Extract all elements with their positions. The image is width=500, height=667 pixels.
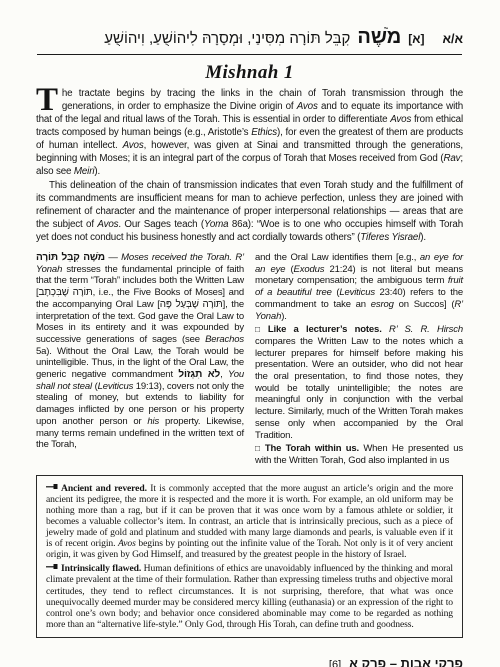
insights-box: Ancient and revered. It is commonly acce… xyxy=(36,475,463,638)
insight-note: Intrinsically flawed. Human definitions … xyxy=(46,562,453,630)
header-rule xyxy=(37,54,462,55)
note-marker-icon xyxy=(46,482,58,493)
footer-book-title: פרקי אבות – פרק א xyxy=(349,656,463,667)
commentary-column-left: מֹשֶׁה קִבֵּל תּוֹרָה — Moses received t… xyxy=(36,252,244,467)
mishnah-number-ref: [א] xyxy=(408,32,424,46)
mishnah-text: קִבֵּל תּוֹרָה מִסִּינַי, וּמְסָרָהּ לִי… xyxy=(104,30,350,47)
insight-note: Ancient and revered. It is commonly acce… xyxy=(46,482,453,561)
square-bullet-icon: □ xyxy=(255,443,262,453)
commentary-bullet-paragraph: □Like a lecturer’s notes. R’ S. R. Hirsc… xyxy=(255,324,463,441)
mishnah-hebrew-line: [א]מֹשֶׁהקִבֵּל תּוֹרָה מִסִּינַי, וּמְס… xyxy=(36,26,424,50)
commentary-bullet-paragraph: □The Torah within us. When He presented … xyxy=(255,443,463,466)
mishnah-first-word: מֹשֶׁה xyxy=(357,26,401,48)
page-footer: [6] פרקי אבות – פרק א xyxy=(36,656,463,667)
commentary-columns: מֹשֶׁה קִבֵּל תּוֹרָה — Moses received t… xyxy=(36,252,463,467)
page-number: [6] xyxy=(329,659,341,667)
bullet-paragraph-text: The Torah within us. When He presented u… xyxy=(255,443,463,466)
intro-paragraph-2: This delineation of the chain of transmi… xyxy=(36,179,463,244)
intro-paragraph-1-text: he tractate begins by tracing the links … xyxy=(36,88,463,177)
commentary-paragraph: מֹשֶׁה קִבֵּל תּוֹרָה — Moses received t… xyxy=(36,252,244,451)
intro-paragraph-1: The tractate begins by tracing the links… xyxy=(36,87,463,178)
page-locator: א/א xyxy=(442,32,463,46)
dropcap-letter: T xyxy=(36,87,62,113)
commentary-paragraph: and the Oral Law identifies them [e.g., … xyxy=(255,252,463,322)
note-title: Ancient and revered. xyxy=(61,483,150,494)
bullet-paragraph-text: Like a lecturer’s notes. R’ S. R. Hirsch… xyxy=(255,324,463,440)
mishnah-title: Mishnah 1 xyxy=(36,62,463,84)
book-page: [א]מֹשֶׁהקִבֵּל תּוֹרָה מִסִּינַי, וּמְס… xyxy=(0,0,500,667)
note-marker-icon xyxy=(46,562,58,573)
note-title: Intrinsically flawed. xyxy=(61,563,144,574)
commentary-column-right: and the Oral Law identifies them [e.g., … xyxy=(255,252,463,467)
intro-section: The tractate begins by tracing the links… xyxy=(36,87,463,244)
page-header: [א]מֹשֶׁהקִבֵּל תּוֹרָה מִסִּינַי, וּמְס… xyxy=(36,26,463,50)
square-bullet-icon: □ xyxy=(255,324,265,334)
note-text: It is commonly accepted that the more au… xyxy=(46,483,453,561)
